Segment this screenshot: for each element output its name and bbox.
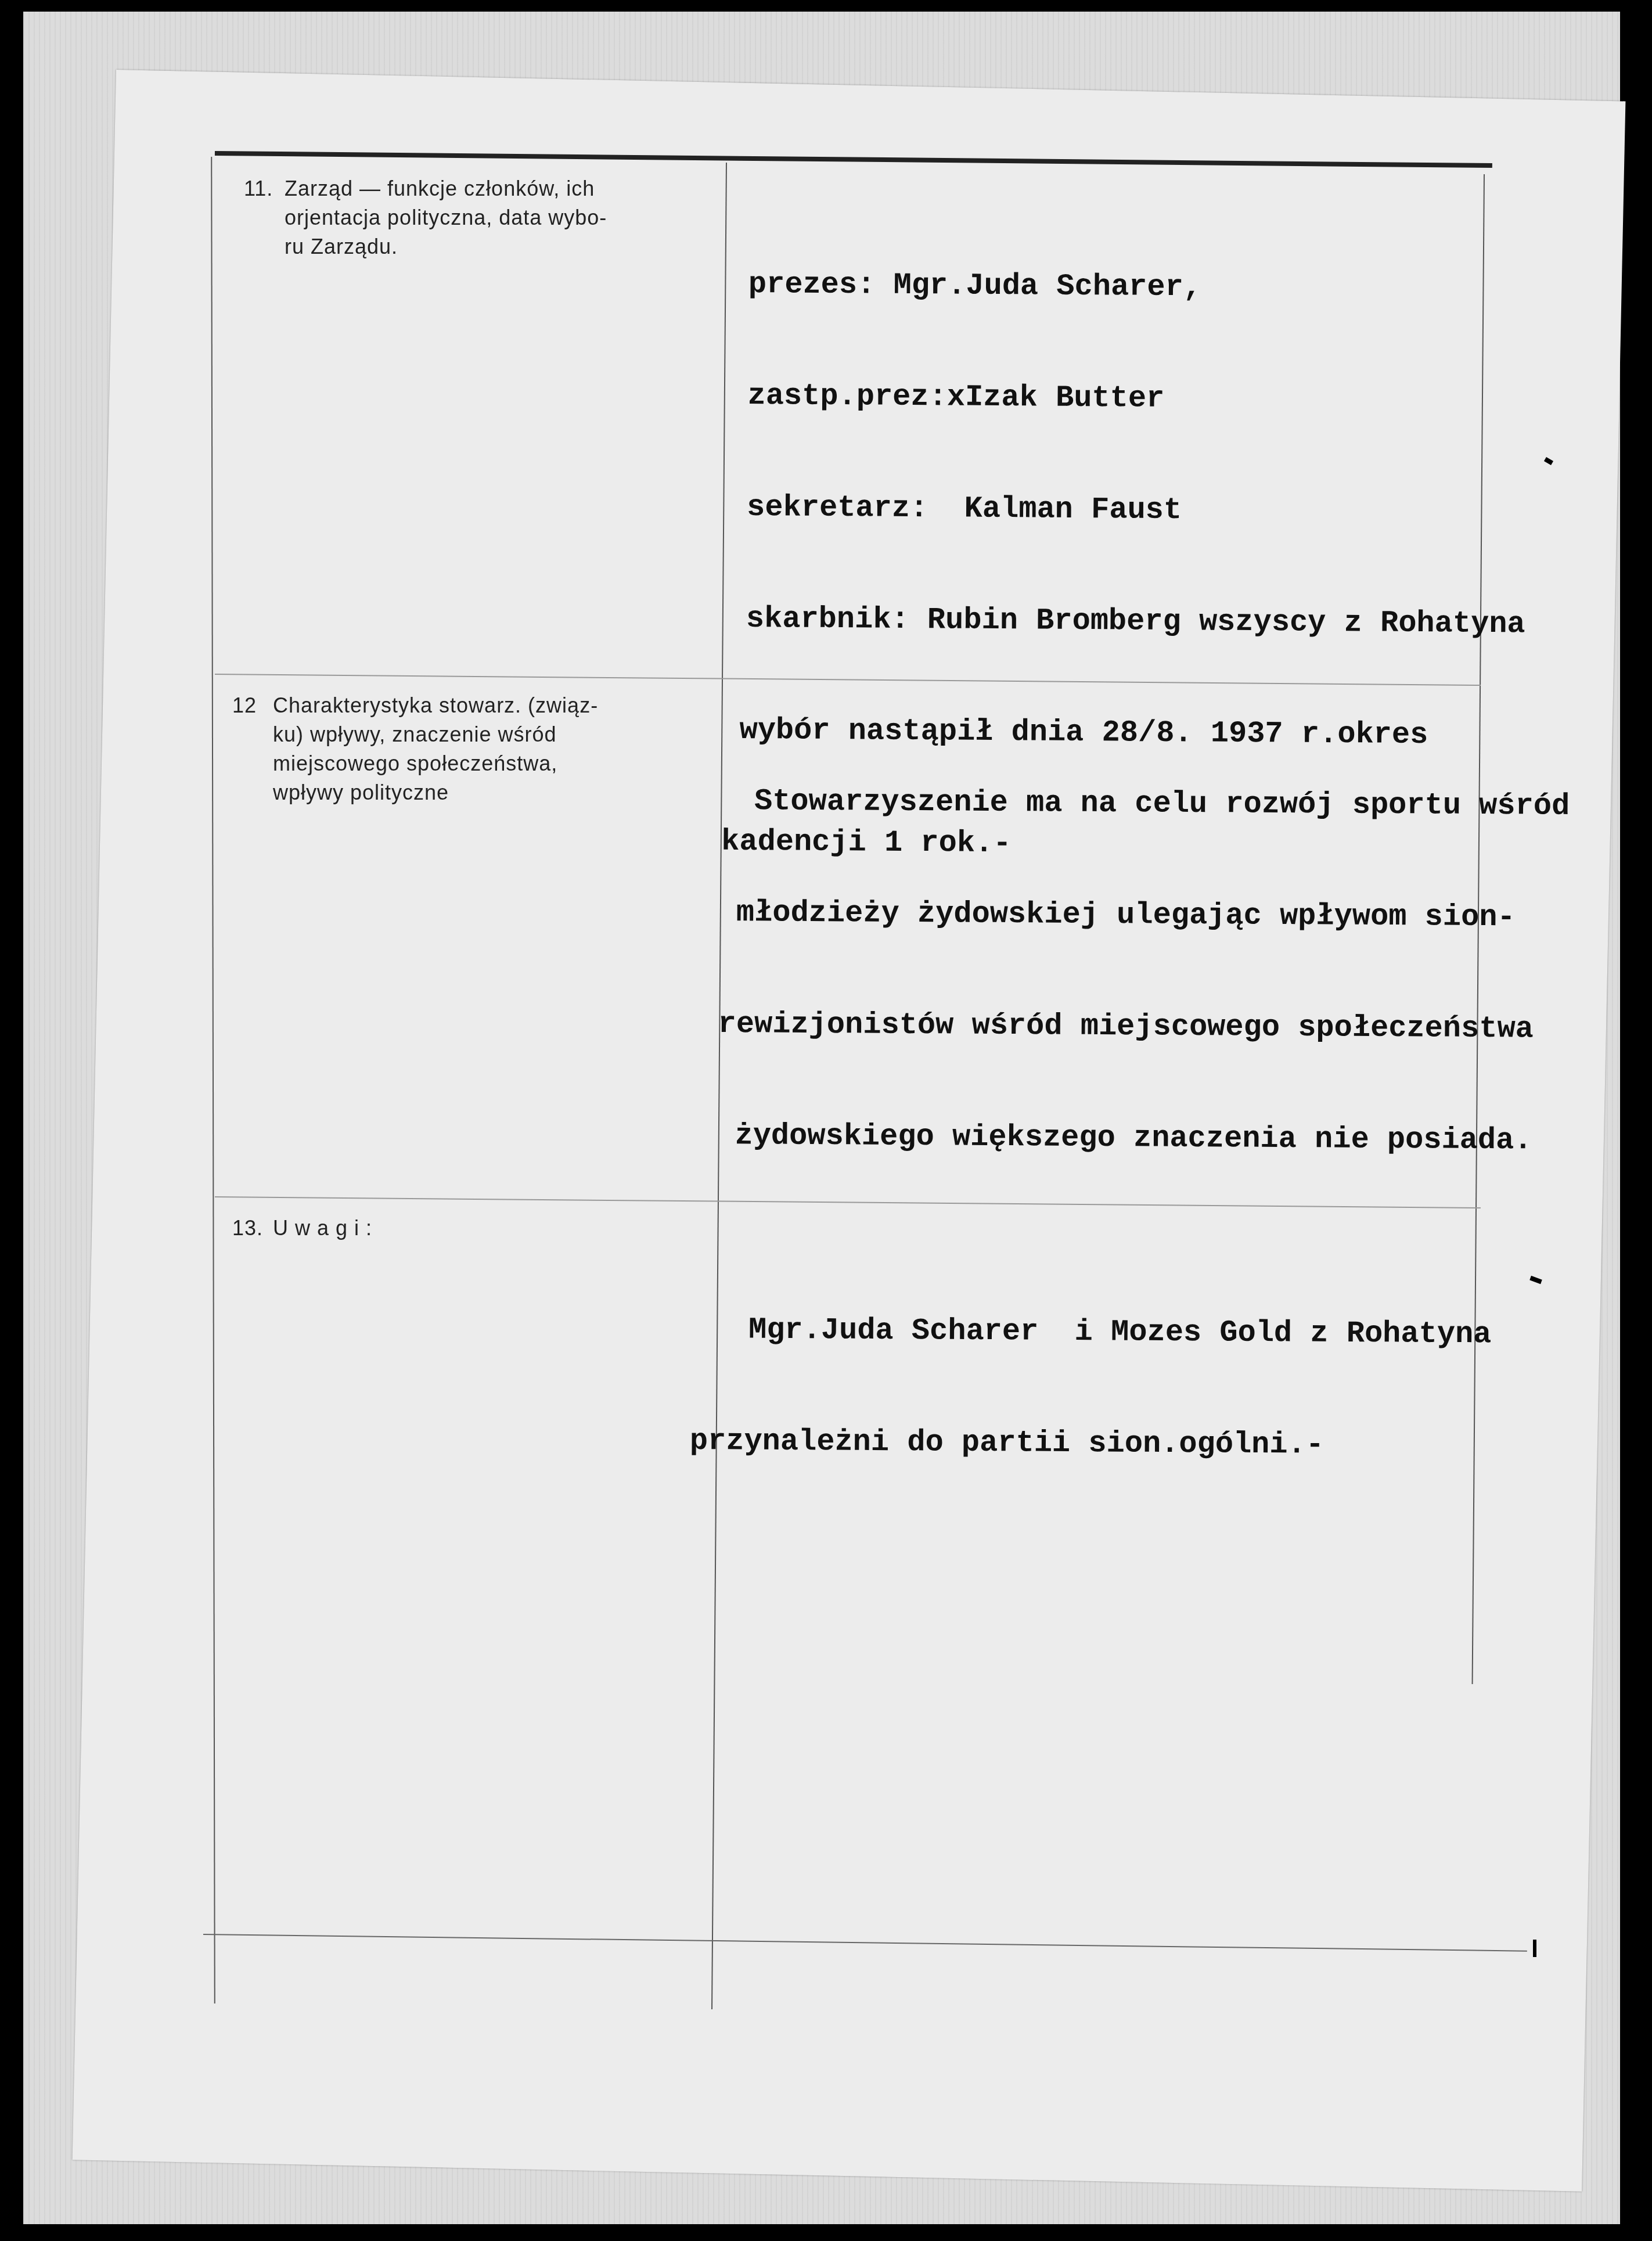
typed-line: młodzieży żydowskiej ulegając wpływom si…	[736, 894, 1570, 937]
section-13-typed-entry: Mgr.Juda Scharer i Mozes Gold z Rohatyna…	[689, 1237, 1492, 1539]
typed-line: prezes: Mgr.Juda Scharer,	[748, 266, 1528, 308]
section-12-heading-line-2: ku) wpływy, znaczenie wśród	[273, 722, 557, 746]
top-rule	[215, 151, 1492, 168]
typed-line: przynależni do partii sion.ogólni.-	[690, 1423, 1491, 1465]
section-13-label: 13.U w a g i :	[232, 1214, 697, 1243]
section-11-heading-line-1: Zarząd — funkcje członków, ich	[285, 177, 595, 200]
section-12-heading-line-3: miejscowego społeczeństwa,	[273, 751, 557, 775]
section-12-heading-line-1: Charakterystyka stowarz. (związ-	[273, 693, 598, 717]
questionnaire-form: 11.Zarząd — funkcje członków, ich orjent…	[215, 151, 1492, 2009]
section-12-typed-entry: Stowarzyszenie ma na celu rozwój sportu …	[717, 708, 1571, 1234]
typed-line: sekretarz: Kalman Faust	[747, 489, 1526, 531]
section-13-heading: U w a g i :	[273, 1216, 372, 1240]
typed-line: Stowarzyszenie ma na celu rozwój sportu …	[754, 783, 1570, 825]
section-11-heading-line-3: ru Zarządu.	[285, 235, 398, 258]
margin-mark	[1533, 1940, 1536, 1957]
section-12-heading-line-4: wpływy polityczne	[273, 780, 449, 804]
section-11-label: 11.Zarząd — funkcje członków, ich orjent…	[244, 174, 697, 261]
typed-line: skarbnik: Rubin Bromberg wszyscy z Rohat…	[746, 600, 1525, 643]
section-12-label: 12Charakterystyka stowarz. (związ- ku) w…	[232, 691, 697, 807]
typed-line: żydowskiego większego znaczenia nie posi…	[735, 1117, 1568, 1160]
section-11-heading-line-2: orjentacja polityczna, data wybo-	[285, 206, 607, 229]
bottom-rule	[203, 1934, 1527, 1952]
typed-line: Mgr.Juda Scharer i Mozes Gold z Rohatyna	[748, 1312, 1492, 1354]
section-13-number: 13.	[232, 1214, 273, 1243]
section-12-number: 12	[232, 691, 273, 720]
typed-line: zastp.prez:xIzak Butter	[747, 377, 1527, 420]
typed-line: rewizjonistów wśród miejscowego społecze…	[718, 1006, 1568, 1048]
section-11-number: 11.	[244, 174, 285, 203]
